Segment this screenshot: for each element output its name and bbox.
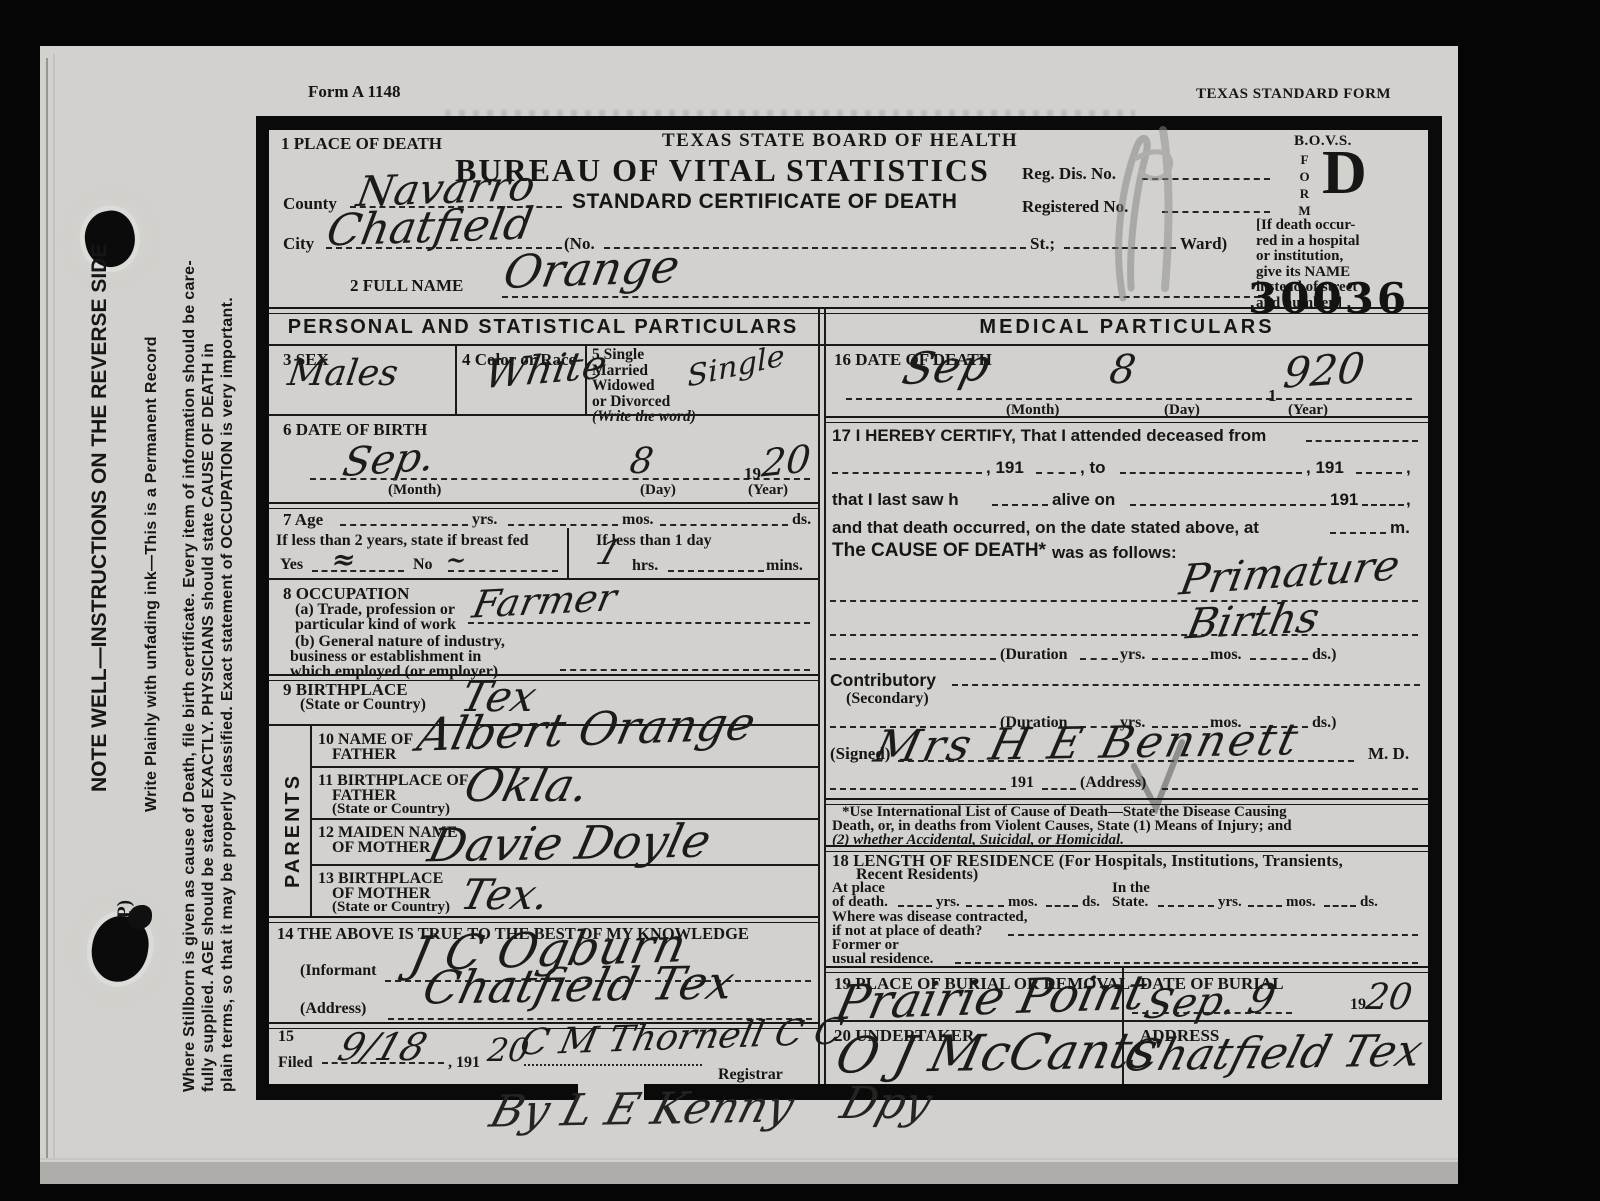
hospital-note-line: or institution, [1256,249,1428,265]
residence-yrs: yrs. [1218,894,1242,911]
pencil-scribble [1085,118,1215,318]
filed-dotted-line [524,1064,702,1066]
filed-year-prefix: , 191 [448,1054,480,1072]
duration-line [830,658,996,660]
no-line [448,570,558,572]
paper-edge [46,58,48,1158]
disease-line [1008,934,1418,936]
rule [310,864,818,866]
filed-line [322,1062,444,1064]
left-section-title: PERSONAL AND STATISTICAL PARTICULARS [268,316,818,339]
marital-label-line: or Divorced [592,394,696,410]
ds-label: ds. [792,511,811,529]
place-of-death-label: 1 PLACE OF DEATH [281,134,442,154]
marital-label: 5 Single Married Widowed or Divorced (Wr… [592,347,696,425]
form-word-vertical: FORM [1298,152,1311,220]
mos-label: mos. [622,511,654,529]
certify-line: 191 [1330,490,1358,510]
marital-label-line: 5 Single [592,347,696,363]
marital-label-line: (Write the word) [592,409,696,425]
city-value-handwriting: Chatfield [323,202,536,253]
residence-line [1324,905,1356,907]
age-line [508,524,618,526]
full-name-label: 2 FULL NAME [350,276,463,296]
duration-ds: ds.) [1312,646,1336,664]
duration-mos: mos. [1210,646,1242,664]
cause-line [830,634,1418,636]
dod-year-handwriting: 920 [1281,347,1366,394]
contributory-label: Contributory [830,670,936,691]
county-label: County [283,194,337,214]
certify-line: , [1406,458,1411,478]
right-section-title: MEDICAL PARTICULARS [826,316,1428,339]
residence-ds: ds. [1082,894,1100,911]
burial-date-line [1132,1012,1292,1014]
hrs-label: hrs. [632,557,658,575]
father-birthplace-caption: (State or Country) [332,801,450,818]
informant-label: (Informant [300,962,376,980]
residence-mos: mos. [1286,894,1316,911]
hospital-note-line: [If death occur- [1256,218,1428,234]
duration-line [1080,658,1118,660]
day-caption: (Day) [640,482,676,499]
paper-edge [53,54,55,1160]
dob-line [310,478,810,480]
filed-date-handwriting: 9/18 [334,1028,432,1066]
occupation-value-handwriting: Farmer [469,578,619,623]
duration-line [1250,658,1308,660]
hrs-line [668,570,764,572]
paper-edge [40,1162,1458,1184]
certify-blank [1330,532,1386,534]
board-title: TEXAS STATE BOARD OF HEALTH [662,130,1018,152]
address-line [830,788,1006,790]
filed-number: 15 [278,1028,294,1046]
age-line [660,524,788,526]
dod-month-handwriting: Sep [898,344,994,392]
margin-note-well: NOTE WELL—INSTRUCTIONS ON THE REVERSE SI… [88,244,112,792]
mins-label: mins. [766,557,803,575]
marital-label-line: Widowed [592,378,696,394]
burial-date-handwriting: Sep. 9 [1140,979,1279,1026]
deputy-signature-handwriting: By L E Kenny [485,1085,798,1134]
certify-blank [1362,504,1404,506]
age-line [340,524,468,526]
duration-line [1152,658,1208,660]
address-line [1162,788,1418,790]
full-name-value-handwriting: Orange [500,243,683,295]
cell-divider [567,528,569,578]
residence-line [1248,905,1282,907]
father-birthplace-handwriting: Okla. [460,762,594,808]
cause-of-death-heading: The CAUSE OF DEATH* [832,540,1046,562]
filed-label: Filed [278,1054,313,1072]
certify-line: and that death occurred, on the date sta… [832,518,1259,538]
father-name-handwriting: Albert Orange [414,700,760,758]
dob-month-handwriting: Sep. [340,437,438,483]
certify-line: , 191 [1306,458,1344,478]
margin-instruction-line: Where Stillborn is given as cause of Dea… [180,260,199,1092]
mother-name-handwriting: Davie Doyle [424,818,715,869]
contributory-line [952,684,1420,686]
column-divider [818,309,820,1084]
certify-line: that I last saw h [832,490,959,510]
occupation-a-line [468,622,810,624]
address-line [1042,788,1076,790]
certify-blank [1356,472,1402,474]
residence-line [898,905,932,907]
form-number: Form A 1148 [308,82,401,102]
hospital-note-line: red in a hospital [1256,234,1428,250]
section-divider [268,307,1428,314]
certificate-title: STANDARD CERTIFICATE OF DEATH [572,190,957,214]
secondary-caption: (Secondary) [846,690,929,708]
certify-line: , [1406,490,1411,510]
dod-line [846,398,1412,400]
yes-line [312,570,404,572]
standard-form-label: TEXAS STANDARD FORM [1196,86,1391,103]
scanned-death-certificate: NOTE WELL—INSTRUCTIONS ON THE REVERSE SI… [0,0,1600,1201]
certify-blank [1036,472,1076,474]
residence-line [966,905,1004,907]
street-label: St.; [1030,234,1055,254]
occupation-b-line [560,669,810,671]
paper-edge [40,1158,1458,1160]
certify-blank [1306,440,1418,442]
certify-line: m. [1390,518,1410,538]
mother-birthplace-caption: (State or Country) [332,899,450,916]
certify-line: , 191 [986,458,1024,478]
parents-divider [310,724,312,916]
burial-year-handwriting: 20 [1363,980,1414,1016]
father-name-label: FATHER [332,746,396,764]
certify-blank [832,472,982,474]
cell-divider [585,346,587,416]
residence-ds: ds. [1360,894,1378,911]
rule [268,414,818,416]
city-label: City [283,234,314,254]
mother-name-label: OF MOTHER [332,839,431,857]
dob-year-handwriting: 20 [760,440,812,483]
residence-line [1158,905,1214,907]
occupation-a-label: particular kind of work [295,616,456,634]
breast-fed-label: If less than 2 years, state if breast fe… [276,532,529,550]
burial-place-handwriting: Prairie Point [832,969,1151,1028]
yrs-label: yrs. [472,511,497,529]
undertaker-address-handwriting: Chatfield Tex [1119,1029,1427,1078]
cause-handwriting: Births [1183,597,1323,646]
certify-line: , to [1080,458,1106,478]
year-prefix: 19 [744,464,761,484]
race-value-handwriting: White [482,345,610,395]
undertaker-handwriting: O J McCants [832,1025,1163,1081]
rule [826,416,1428,423]
certify-line: 17 I HEREBY CERTIFY, That I attended dec… [832,426,1266,446]
sex-value-handwriting: Males [285,356,400,392]
in-state-label: State. [1112,894,1148,911]
residence-line [1046,905,1078,907]
age-label: 7 Age [283,510,323,530]
duration-yrs: yrs. [1120,646,1145,664]
former-residence-line [955,962,1418,964]
md-label: M. D. [1368,744,1409,764]
margin-instructions: Where Stillborn is given as cause of Dea… [180,260,237,1092]
rule [268,344,1428,346]
form-border-top [256,116,1442,130]
duration-label: (Duration [1000,646,1068,664]
rule [268,502,818,509]
duration-ds: ds.) [1312,714,1336,732]
no-mark-handwriting: ~ [444,548,467,572]
deputy-title-handwriting: Dpy [836,1082,937,1126]
cause-of-death-heading: was as follows: [1052,543,1177,563]
signed-year-prefix: 191 [1010,774,1034,792]
form-border-left [256,116,269,1100]
rule [826,1020,1122,1022]
marital-label-line: Married [592,363,696,379]
form-letter-d: D [1322,142,1367,204]
parents-label: PARENTS [282,773,305,888]
certify-line: alive on [1052,490,1115,510]
birthplace-caption: (State or Country) [300,696,426,714]
certify-blank [992,504,1048,506]
no-label: No [413,556,433,574]
informant-address-handwriting: Chatfield Tex [419,959,739,1010]
yes-label: Yes [280,556,303,574]
informant-address-label: (Address) [300,1000,366,1018]
rule [1122,1020,1428,1022]
cell-divider [455,346,457,416]
certify-blank [1130,504,1326,506]
mother-birthplace-handwriting: Tex. [457,874,554,916]
certify-blank [1120,472,1302,474]
margin-p-mark: P) [114,900,136,918]
year-caption: (Year) [748,482,788,499]
margin-instruction-line: plain terms, so that it may be properly … [218,260,237,1092]
margin-instruction-line: fully supplied. AGE should be stated EXA… [199,260,218,1092]
signed-address-label: (Address) [1080,774,1146,792]
form-border-right [1428,116,1442,1100]
cause-line [830,600,1418,602]
margin-write-plainly: Write Plainly with unfading ink—This is … [143,336,161,812]
month-caption: (Month) [388,482,441,499]
dod-year-prefix: 1 [1268,386,1277,406]
